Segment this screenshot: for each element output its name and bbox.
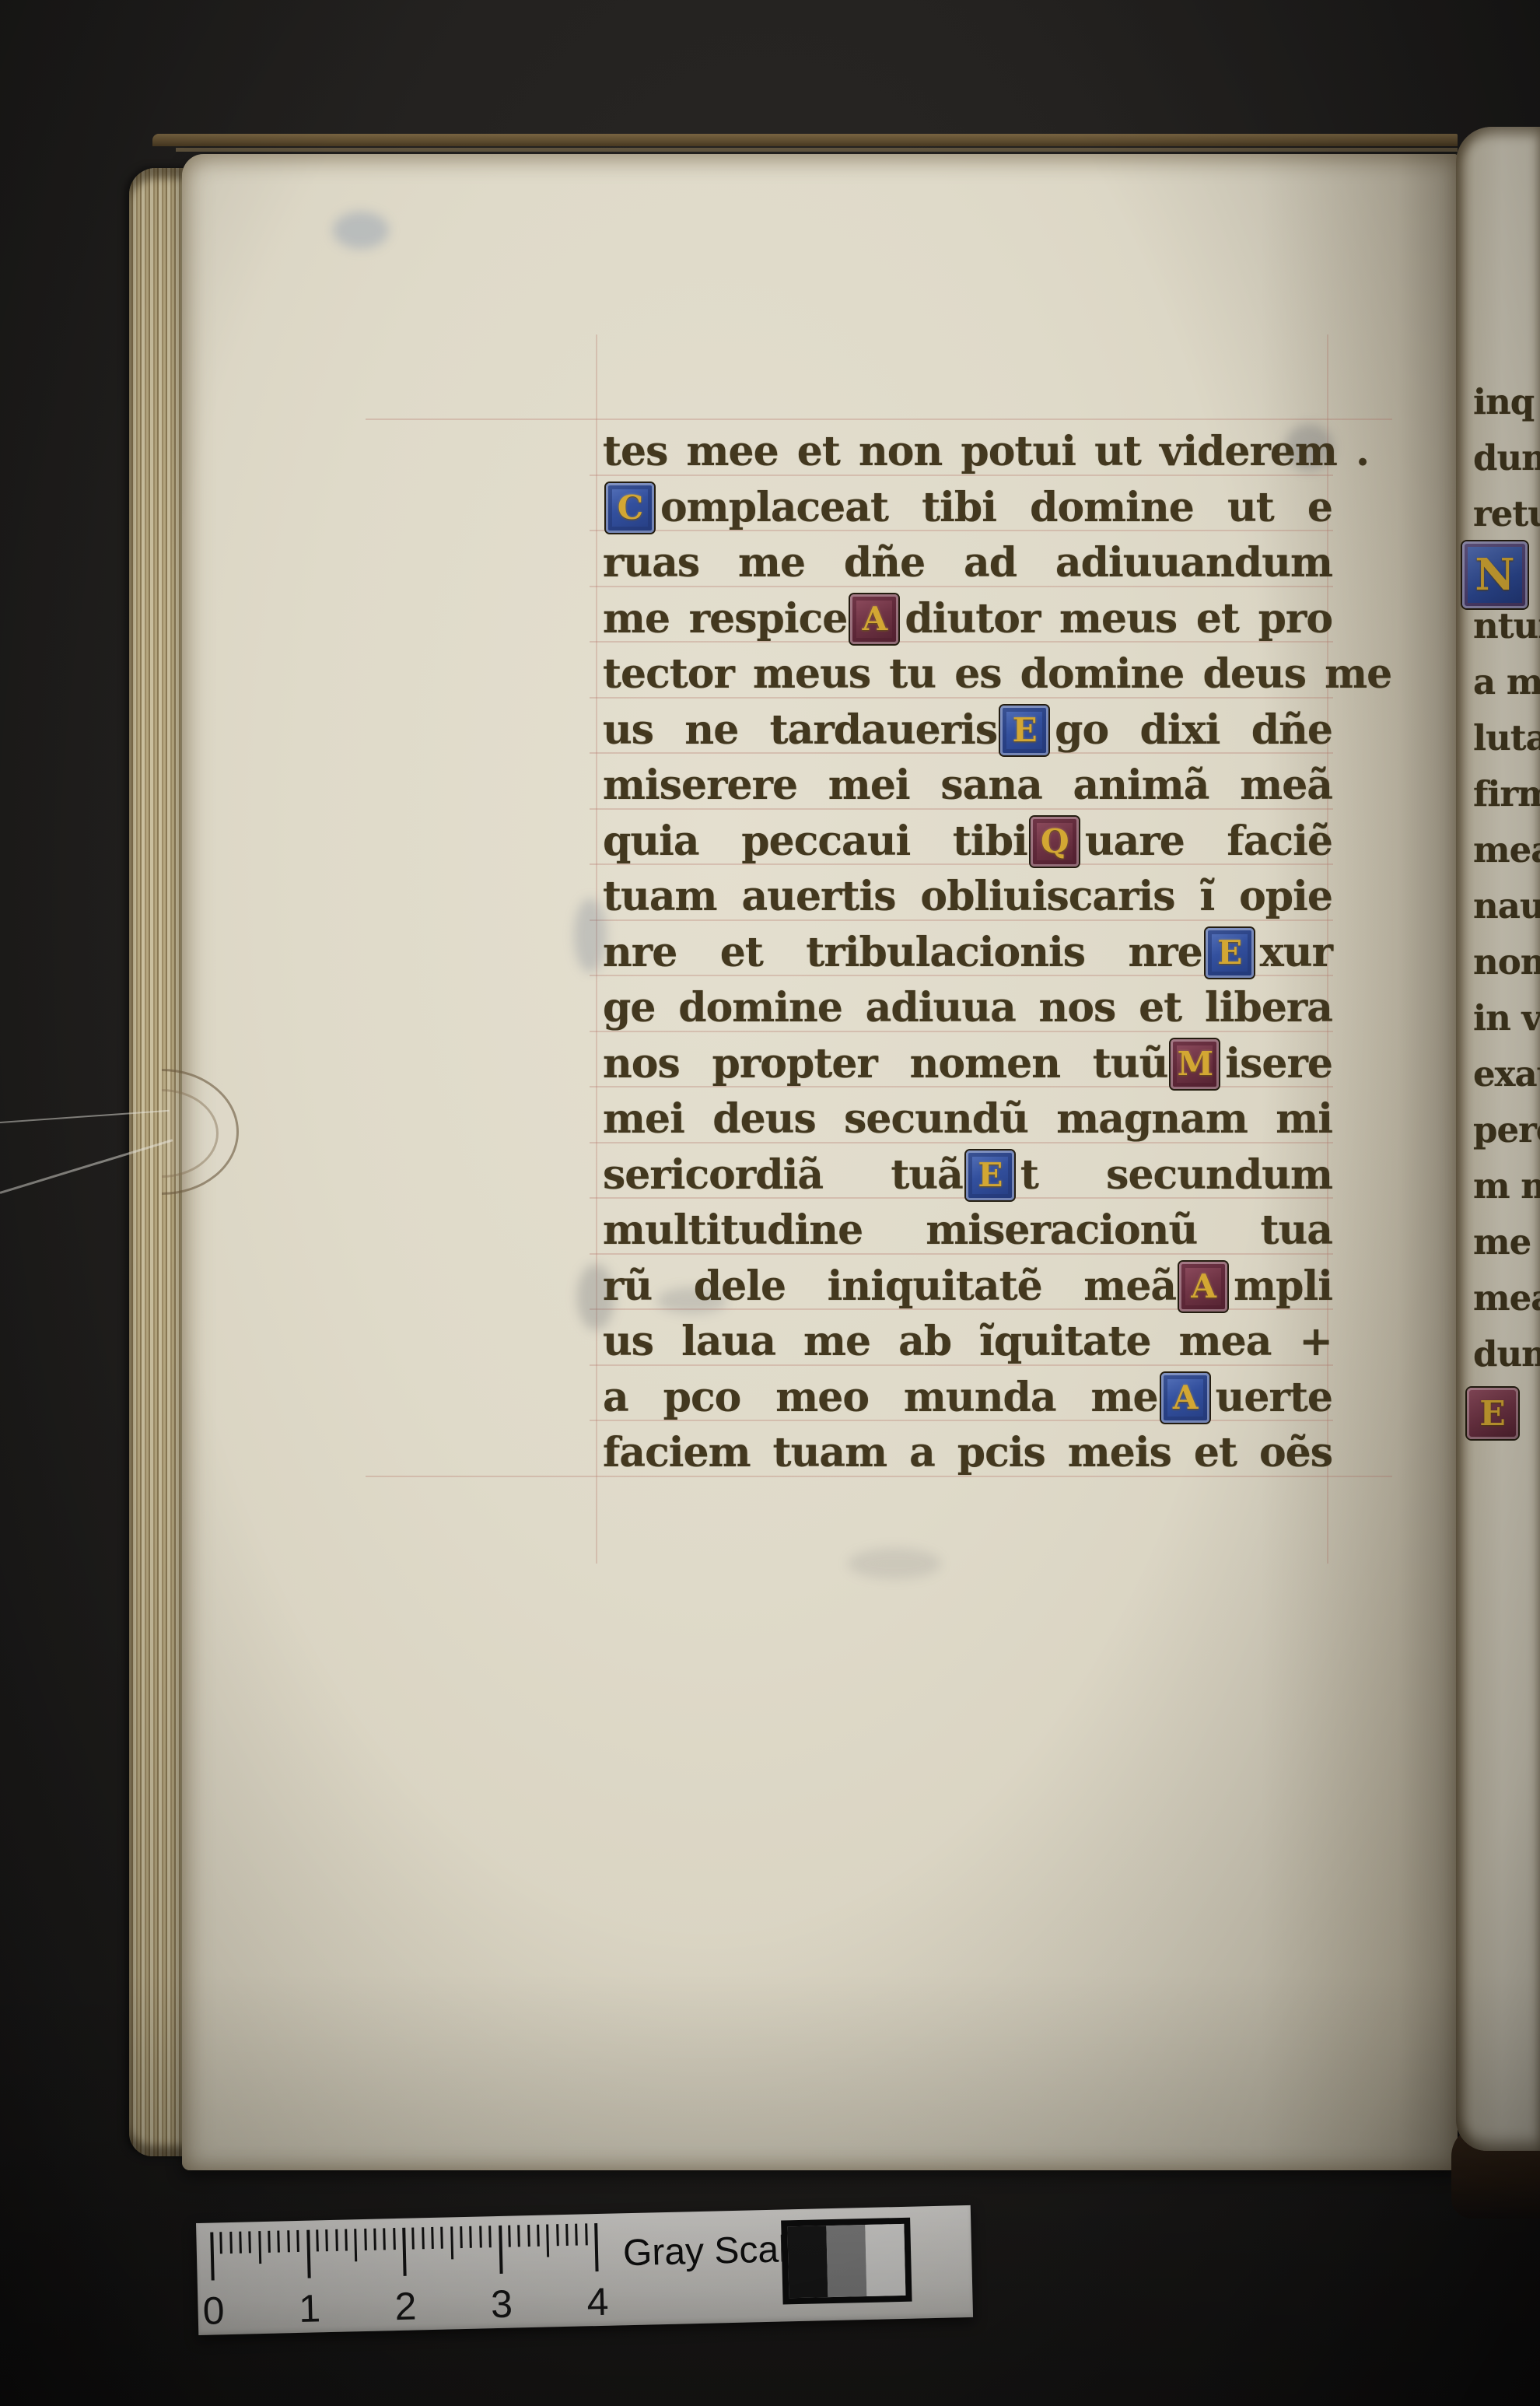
ruler-tick <box>565 2224 569 2246</box>
ruler-tick <box>258 2231 261 2264</box>
ruler-tick <box>296 2230 299 2252</box>
manuscript-fragment: nomin <box>1473 940 1540 985</box>
illuminated-initial: C <box>606 483 654 533</box>
ruler-tick <box>431 2227 434 2249</box>
ruler-tick <box>393 2228 396 2250</box>
text-block: tes mee et non potui ut viderem .Complac… <box>603 424 1332 1481</box>
illuminated-initial: E <box>1206 928 1254 978</box>
ruler-tick <box>412 2227 415 2249</box>
gray-scale-swatch <box>826 2225 866 2297</box>
manuscript-fragment: lutan <box>1473 716 1540 761</box>
ruler-tick <box>460 2226 463 2248</box>
gray-scale-swatch <box>865 2224 905 2296</box>
manuscript-text: me respice <box>603 595 847 643</box>
ruler-tick <box>546 2224 549 2257</box>
gray-scale-label: Gray Scale <box>622 2228 808 2275</box>
manuscript-text: diutor meus et pro <box>905 595 1332 643</box>
manuscript-fragment: me et l <box>1473 1220 1540 1265</box>
ruler-tick <box>479 2226 482 2247</box>
ruler-tick <box>499 2226 502 2274</box>
page-top-edge-highlight <box>176 148 1458 152</box>
ruler-tick <box>450 2226 453 2259</box>
manuscript-line: quia peccaui tibiQuare faciẽ <box>603 814 1332 870</box>
illuminated-initial: E <box>1467 1388 1518 1439</box>
manuscript-fragment: exaud <box>1473 1052 1540 1097</box>
ruler-tick <box>210 2232 214 2280</box>
manuscript-text: quia peccaui tibi <box>603 818 1027 865</box>
ruler-tick <box>278 2231 281 2253</box>
illuminated-initial: E <box>1000 706 1048 755</box>
ruler-tick <box>239 2232 242 2254</box>
manuscript-text: xur <box>1260 929 1332 976</box>
manuscript-line: us ne tardauerisEgo dixi dñe <box>603 702 1332 758</box>
ruler-number: 3 <box>478 2281 525 2327</box>
manuscript-line: multitudine miseracionũ tua <box>603 1203 1332 1259</box>
manuscript-text: nre et tribulacionis nre <box>603 929 1202 976</box>
manuscript-fragment: inq <box>1473 380 1534 425</box>
manuscript-line: me respiceAdiutor meus et pro <box>603 591 1332 647</box>
manuscript-text: miserere mei sana animã meã <box>603 762 1332 809</box>
manuscript-line: faciem tuam a pcis meis et oẽs <box>603 1425 1332 1481</box>
manuscript-text: faciem tuam a pcis meis et oẽs <box>603 1429 1332 1476</box>
ruler-tick <box>527 2225 530 2247</box>
manuscript-text: tector meus tu es domine deus me <box>603 650 1391 698</box>
manuscript-text: sericordiã tuã <box>603 1151 963 1199</box>
manuscript-line: tes mee et non potui ut viderem . <box>603 424 1332 480</box>
manuscript-text: tes mee et non potui ut viderem . <box>603 428 1369 475</box>
ruler-tick <box>508 2226 511 2247</box>
ink-smudge <box>574 898 607 972</box>
manuscript-text: ge domine adiuua nos et libera <box>603 984 1332 1031</box>
ruler-number: 1 <box>285 2285 333 2331</box>
gray-scale-swatch <box>787 2226 828 2298</box>
manuscript-line: a pco meo munda meAuerte <box>603 1370 1332 1426</box>
ruler-number: 2 <box>382 2283 429 2329</box>
manuscript-text: uare faciẽ <box>1085 818 1332 865</box>
ruler-tick <box>383 2228 387 2250</box>
manuscript-line: ge domine adiuua nos et libera <box>603 980 1332 1036</box>
ruling-line-h <box>366 419 1392 420</box>
gray-scale-box <box>781 2218 912 2305</box>
manuscript-fragment: retu <box>1473 492 1540 537</box>
manuscript-text: t secundum <box>1020 1151 1332 1199</box>
ruler-tick <box>306 2230 310 2278</box>
ruler-tick <box>287 2230 290 2252</box>
ruler-tick <box>594 2223 598 2271</box>
ruler-tick <box>422 2227 425 2249</box>
ruler-number: 4 <box>574 2278 621 2324</box>
ruler-tick <box>585 2223 588 2245</box>
manuscript-text: us ne tardaueris <box>603 706 997 754</box>
manuscript-text: multitudine miseracionũ tua <box>603 1207 1332 1254</box>
ruler-tick <box>556 2224 559 2246</box>
ruler-tick <box>488 2226 492 2247</box>
manuscript-fragment: mea e <box>1473 828 1540 873</box>
ruler-tick <box>517 2225 520 2247</box>
manuscript-line: Complaceat tibi domine ut e <box>603 480 1332 536</box>
ruler-tick <box>229 2232 233 2254</box>
manuscript-fragment: ntun <box>1473 604 1540 649</box>
manuscript-line: tector meus tu es domine deus me <box>603 646 1332 702</box>
manuscript-fragment: m mi <box>1473 1164 1540 1209</box>
ruler-tick <box>373 2229 376 2250</box>
manuscript-line: rũ dele iniquitatẽ meãAmpli <box>603 1259 1332 1315</box>
illuminated-initial: A <box>1179 1262 1227 1312</box>
right-page-text: inqdumretuNntuna melutanfirmamea enauitn… <box>1456 0 1540 2024</box>
manuscript-line: miserere mei sana animã meã <box>603 758 1332 814</box>
illuminated-initial: Q <box>1031 817 1079 867</box>
illuminated-initial: A <box>1161 1373 1209 1423</box>
ruler-tick <box>268 2231 271 2253</box>
ruler-tick <box>575 2224 578 2246</box>
manuscript-fragment: percip <box>1473 1108 1540 1153</box>
ruler-tick <box>364 2229 367 2250</box>
manuscript-fragment: meam <box>1473 1276 1540 1321</box>
ruler-tick <box>325 2229 328 2251</box>
manuscript-text: go dixi dñe <box>1055 706 1332 754</box>
ruler-number: 0 <box>190 2288 237 2334</box>
manuscript-text: a pco meo munda me <box>603 1374 1158 1421</box>
manuscript-text: nos propter nomen tuũ <box>603 1040 1167 1087</box>
ruler: 01234 Gray Scale <box>196 2205 973 2335</box>
manuscript-line: ruas me dñe ad adiuuandum <box>603 535 1332 591</box>
ink-smudge <box>333 212 389 249</box>
illuminated-initial: N <box>1462 541 1528 608</box>
manuscript-text: ruas me dñe ad adiuuandum <box>603 539 1332 587</box>
manuscript-fragment: firma <box>1473 772 1540 817</box>
manuscript-text: tuam auertis obliuiscaris ĩ opie <box>603 873 1332 920</box>
ruler-tick <box>537 2225 540 2247</box>
ruler-tick <box>402 2228 406 2276</box>
manuscript-line: nre et tribulacionis nreExur <box>603 925 1332 981</box>
manuscript-text: omplaceat tibi domine ut e <box>660 484 1332 531</box>
ruler-tick <box>335 2229 338 2251</box>
manuscript-fragment: dum <box>1473 436 1540 481</box>
manuscript-photo: tes mee et non potui ut viderem .Complac… <box>0 0 1540 2406</box>
manuscript-fragment: dum e <box>1473 1332 1540 1377</box>
manuscript-text: mei deus secundũ magnam mi <box>603 1095 1332 1143</box>
page-top-edge <box>152 134 1458 146</box>
ruler-tick <box>470 2226 473 2248</box>
manuscript-fragment: in vir <box>1473 996 1540 1041</box>
manuscript-fragment: a me <box>1473 660 1540 705</box>
manuscript-line: us laua me ab ĩquitate mea + <box>603 1314 1332 1370</box>
manuscript-line: nos propter nomen tuũMisere <box>603 1036 1332 1092</box>
manuscript-fragment: nauit <box>1473 884 1540 929</box>
ruler-tick <box>220 2232 223 2254</box>
ruler-tick <box>316 2229 319 2251</box>
illuminated-initial: M <box>1171 1039 1219 1089</box>
manuscript-line: sericordiã tuãEt secundum <box>603 1147 1332 1203</box>
manuscript-text: rũ dele iniquitatẽ meã <box>603 1263 1176 1310</box>
illuminated-initial: E <box>966 1150 1014 1200</box>
manuscript-line: mei deus secundũ magnam mi <box>603 1091 1332 1147</box>
manuscript-text: isere <box>1225 1040 1332 1087</box>
manuscript-text: us laua me ab ĩquitate mea + <box>603 1318 1332 1365</box>
ink-smudge <box>848 1548 941 1579</box>
manuscript-line: tuam auertis obliuiscaris ĩ opie <box>603 869 1332 925</box>
ruler-tick <box>249 2231 252 2253</box>
illuminated-initial: A <box>850 594 898 644</box>
ruler-tick <box>345 2229 348 2250</box>
ruler-tick <box>441 2227 444 2249</box>
manuscript-text: mpli <box>1234 1263 1332 1310</box>
ruler-tick <box>354 2229 357 2261</box>
manuscript-text: uerte <box>1216 1374 1332 1421</box>
